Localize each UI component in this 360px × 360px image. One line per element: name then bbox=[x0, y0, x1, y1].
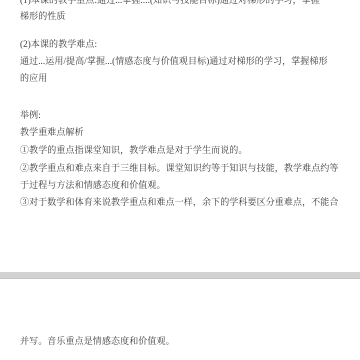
document-page-1: (1)本课的教学重点:通过...掌握....(知识与技能目标)通过对梯形的学习，… bbox=[0, 0, 360, 272]
document-text-line: ①教学的重点指课堂知识，教学难点是对于学生而说的。 bbox=[20, 145, 352, 156]
document-text-line: ②教学重点和难点来自于三维目标。课堂知识约等于知识与技能，教学难点约等 bbox=[20, 163, 352, 174]
page-break-divider bbox=[0, 272, 360, 279]
document-viewer[interactable]: (1)本课的教学重点:通过...掌握....(知识与技能目标)通过对梯形的学习，… bbox=[0, 0, 360, 360]
document-text-line: 梯形的性质 bbox=[20, 11, 352, 22]
document-text-line: 的应用 bbox=[20, 73, 352, 84]
document-page-2: 并写。音乐重点是情感态度和价值观。 bbox=[0, 279, 360, 360]
document-text-line: (1)本课的教学重点:通过...掌握....(知识与技能目标)通过对梯形的学习，… bbox=[20, 0, 352, 6]
document-text-line: 于过程与方法和情感态度和价值观。 bbox=[20, 180, 352, 191]
document-text-line: (2)本课的教学难点: bbox=[20, 39, 352, 50]
document-text-line: 并写。音乐重点是情感态度和价值观。 bbox=[20, 336, 352, 347]
document-text-line: 教学重难点解析 bbox=[20, 127, 352, 138]
document-text-line: ③对于数学和体育来说教学重点和难点一样，余下的学科要区分重难点，不能合 bbox=[20, 197, 352, 208]
document-text-line: 通过...运用/提高/掌握...(情感态度与价值观目标)通过对梯形的学习，掌握梯… bbox=[20, 56, 352, 67]
document-text-line: 举例: bbox=[20, 110, 352, 121]
